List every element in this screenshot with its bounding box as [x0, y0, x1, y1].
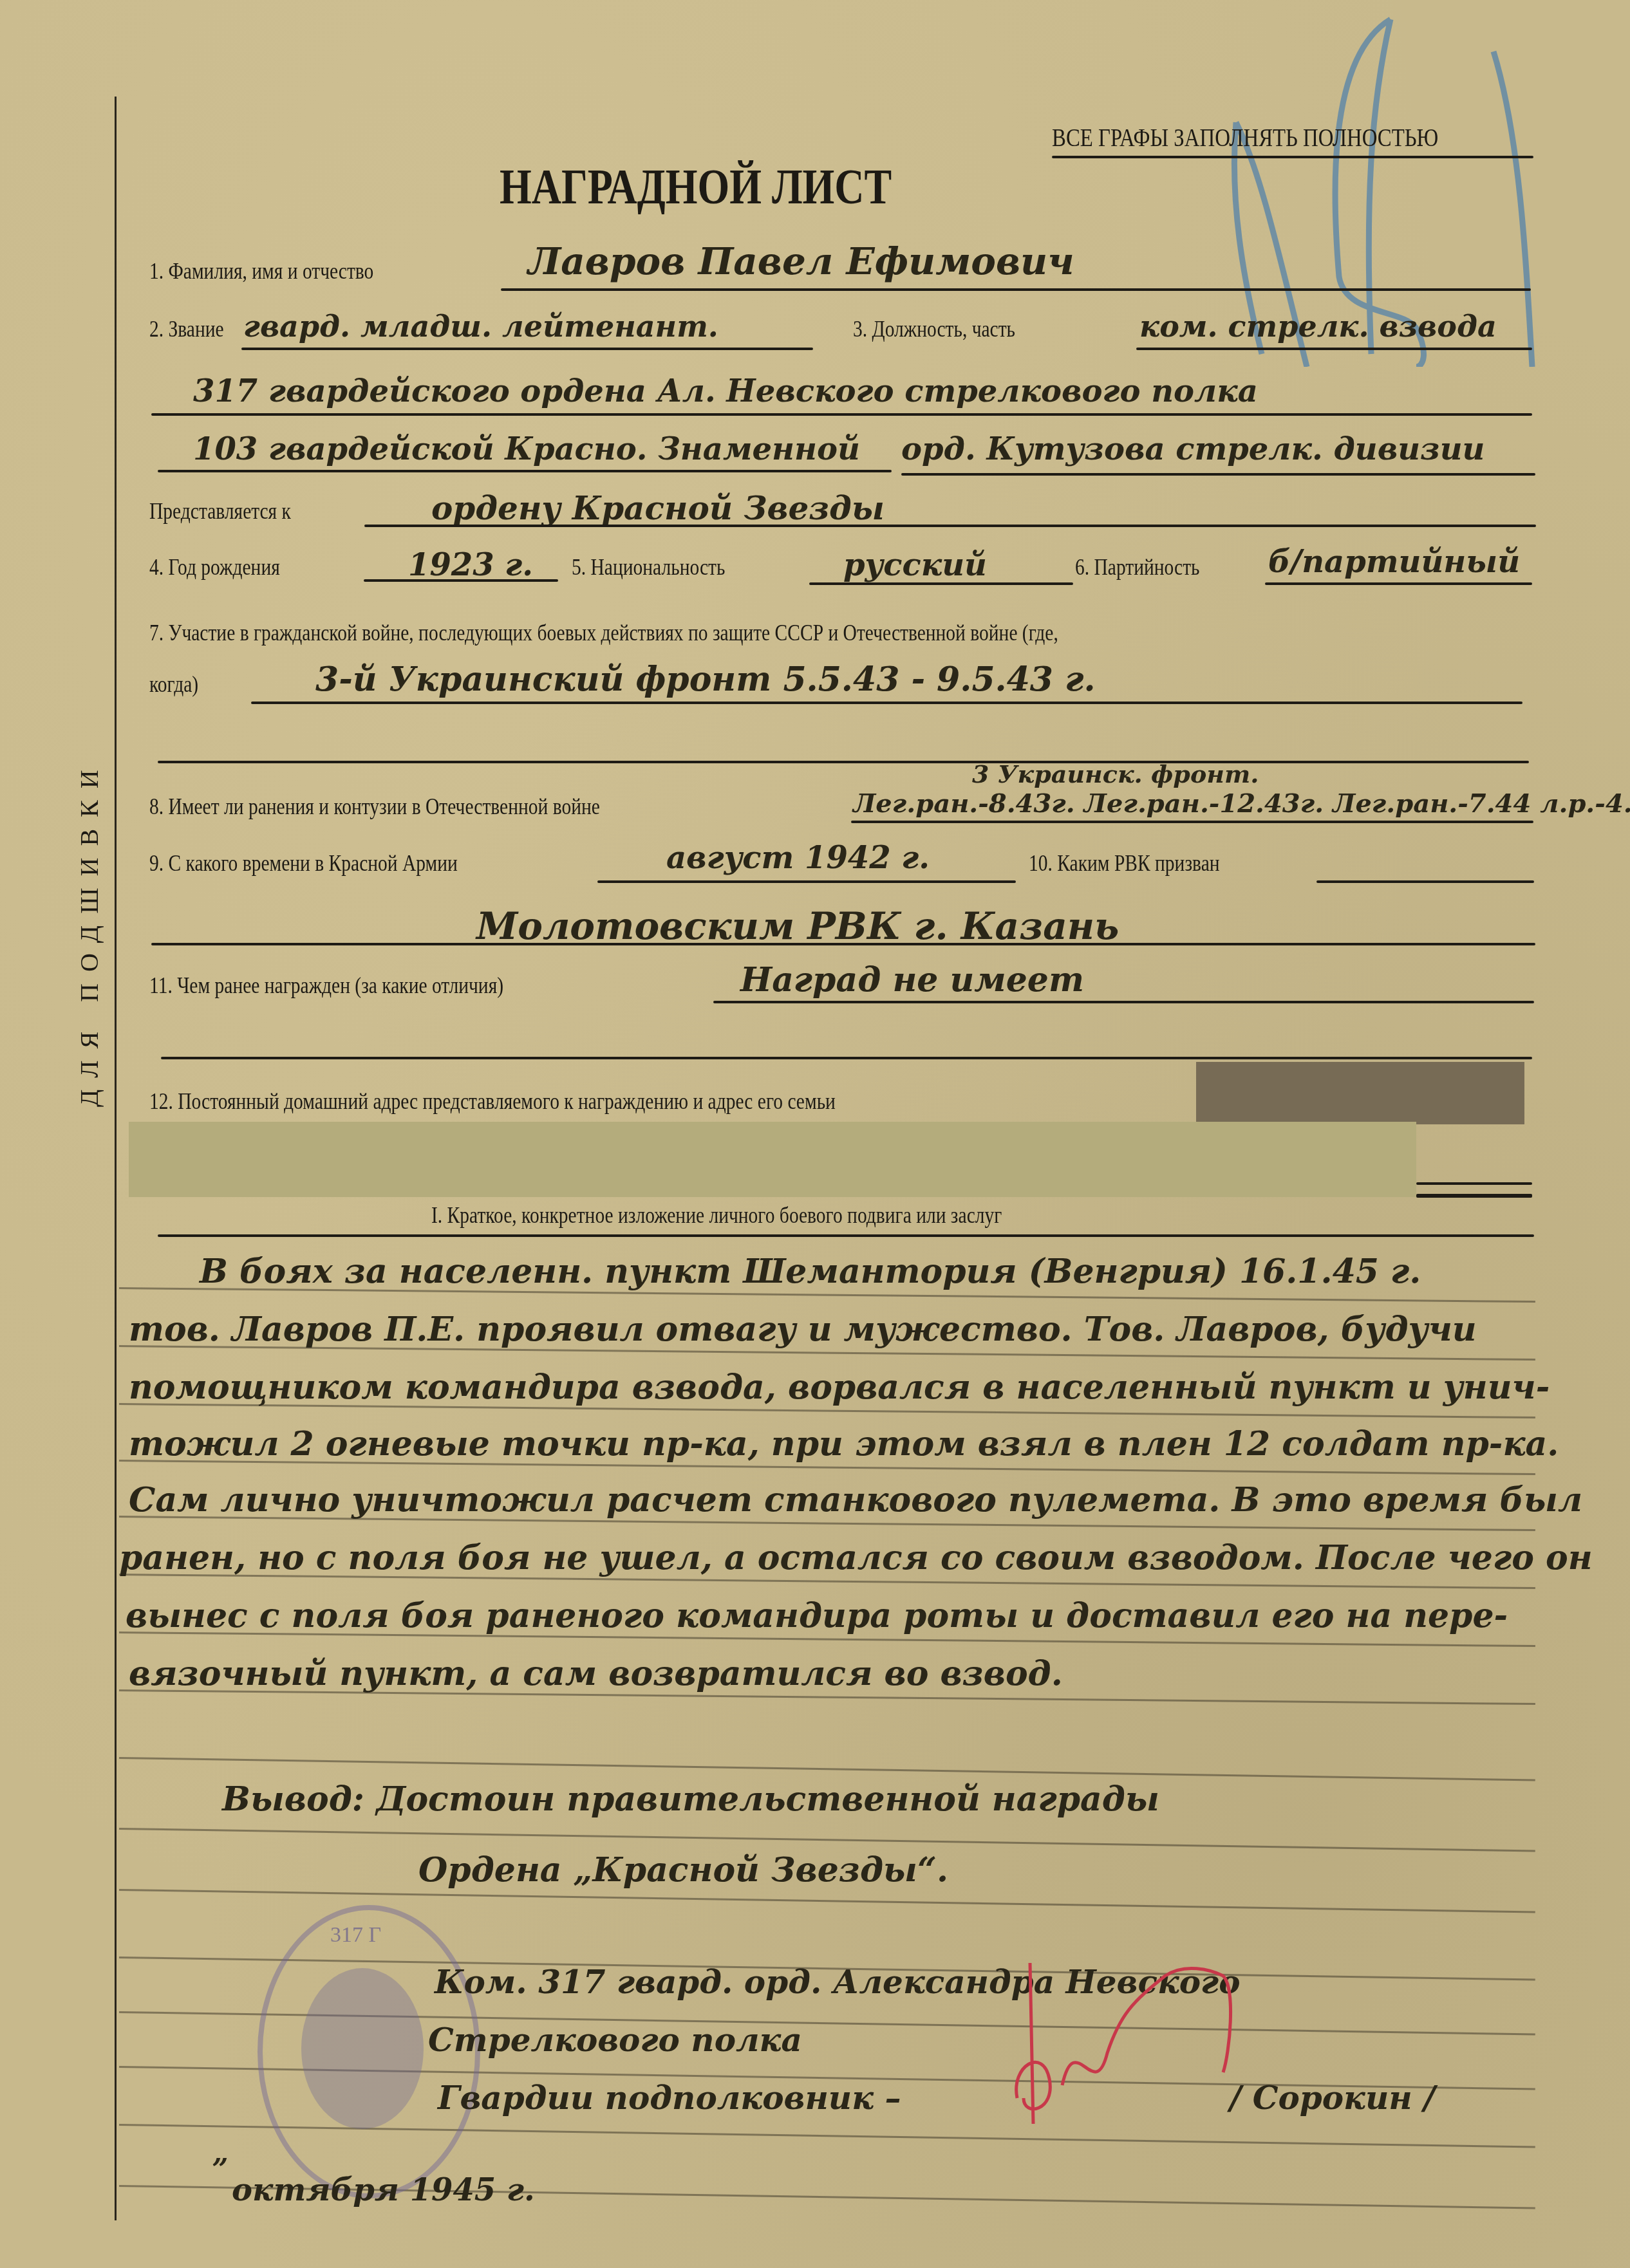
conclusion-line-1: Вывод: Достоин правительственной награды	[222, 1780, 1159, 1819]
underline-f7-line2	[158, 761, 1529, 763]
field-value-rvk: Молотовским РВК г. Казань	[476, 904, 1119, 948]
field-value-wounds: Лег.ран.-8.43г. Лег.ран.-12.43г. Лег.ран…	[853, 788, 1630, 819]
instruction-text: ВСЕ ГРАФЫ ЗАПОЛНЯТЬ ПОЛНОСТЬЮ	[1052, 122, 1438, 153]
field-value-unit-line3b: орд. Кутузова стрелк. дивизии	[901, 431, 1485, 467]
field-label-wounds: 8. Имеет ли ранения и контузии в Отечест…	[149, 793, 600, 820]
field-value-nominated: ордену Красной Звезды	[431, 489, 885, 527]
field-label-birth-year: 4. Год рождения	[149, 553, 280, 581]
field-value-party: б/партийный	[1268, 544, 1520, 580]
underline-f10	[1316, 880, 1534, 883]
field-label-participation: 7. Участие в гражданской войне, последую…	[149, 619, 1058, 646]
redacted-address-part1	[1196, 1062, 1524, 1124]
field-label-participation-cont: когда)	[149, 671, 198, 698]
field-label-name: 1. Фамилия, имя и отчество	[149, 257, 373, 284]
instruction-underline	[1052, 156, 1533, 158]
field-value-nationality: русский	[843, 547, 987, 583]
underline-f3-line2	[151, 413, 1532, 416]
narrative-line: В боях за населенн. пункт Шемантория (Ве…	[200, 1252, 1421, 1291]
field-label-rvk: 10. Каким РВК призван	[1029, 850, 1220, 877]
underline-f11	[713, 1001, 1534, 1003]
field-value-birth-year: 1923 г.	[408, 547, 533, 583]
field-value-prior-awards: Наград не имеет	[740, 960, 1084, 999]
underline-nominated	[364, 525, 1536, 527]
document-title: НАГРАДНОЙ ЛИСТ	[500, 158, 892, 216]
underline-f2	[241, 348, 813, 350]
underline-f8	[851, 821, 1533, 823]
underline-f6	[1265, 582, 1532, 585]
field-value-position: ком. стрелк. взвода	[1139, 309, 1497, 344]
field-value-army-since: август 1942 г.	[666, 840, 930, 876]
date-quote: „	[212, 2137, 229, 2170]
field-label-nominated: Представляется к	[149, 497, 291, 525]
document-date: октября 1945 г.	[232, 2172, 535, 2208]
field-value-name: Лавров Павел Ефимович	[528, 239, 1074, 283]
underline-f12-double	[1416, 1194, 1532, 1198]
underline-f3	[1136, 348, 1532, 350]
narrative-line: вязочный пункт, а сам возвратился во взв…	[129, 1654, 1063, 1693]
conclusion-line-2: Ордена „Красной Звезды“.	[418, 1850, 948, 1890]
binding-margin-label: ДЛЯ ПОДШИВКИ	[74, 747, 119, 1107]
redacted-address-part2	[129, 1122, 1416, 1197]
stamp-emblem	[301, 1968, 424, 2129]
narrative-line: Сам лично уничтожил расчет станкового пу…	[129, 1480, 1582, 1520]
narrative-line: тов. Лавров П.Е. проявил отвагу и мужест…	[129, 1310, 1477, 1349]
field-value-rank: гвард. младш. лейтенант.	[243, 309, 718, 344]
field-label-address: 12. Постоянный домашний адрес представля…	[149, 1088, 836, 1115]
underline-f1	[501, 288, 1531, 291]
signatory-title-line2: Стрелкового полка	[428, 2021, 802, 2059]
signatory-title-line3: Гвардии подполковник –	[438, 2079, 901, 2117]
section-heading-rule	[158, 1234, 1534, 1237]
underline-f4	[364, 579, 558, 582]
underline-f5	[809, 582, 1073, 585]
underline-f12	[1416, 1182, 1532, 1185]
underline-f7	[251, 702, 1522, 704]
underline-f9	[597, 880, 1016, 883]
narrative-line: помощником командира взвода, ворвался в …	[129, 1368, 1550, 1407]
margin-line	[115, 97, 117, 2220]
field-label-position: 3. Должность, часть	[853, 315, 1015, 342]
narrative-line: вынес с поля боя раненого командира роты…	[126, 1596, 1508, 1635]
section-heading: I. Краткое, конкретное изложение личного…	[431, 1202, 1002, 1229]
field-value-unit-line3a: 103 гвардейской Красно. Знаменной	[193, 431, 860, 467]
underline-f3-line3b	[901, 473, 1535, 476]
signatory-name: / Сорокин /	[1230, 2079, 1435, 2117]
field-value-participation: 3-й Украинский фронт 5.5.43 - 9.5.43 г.	[315, 660, 1096, 699]
underline-f10-line2	[151, 943, 1535, 945]
narrative-line: ранен, но с поля боя не ушел, а остался …	[119, 1538, 1593, 1577]
field-label-army-since: 9. С какого времени в Красной Армии	[149, 850, 458, 877]
underline-f3-line3a	[158, 470, 892, 472]
field-label-prior-awards: 11. Чем ранее награжден (за какие отличи…	[149, 972, 503, 999]
field-label-nationality: 5. Национальность	[572, 553, 725, 581]
field-label-party: 6. Партийность	[1075, 553, 1200, 581]
underline-f11-line2	[161, 1057, 1532, 1059]
field-value-unit-line2: 317 гвардейского ордена Ал. Невского стр…	[193, 373, 1258, 409]
field-label-rank: 2. Звание	[149, 315, 224, 342]
field-note-front: 3 Украинск. фронт.	[972, 759, 1259, 788]
narrative-line: тожил 2 огневые точки пр-ка, при этом вз…	[129, 1424, 1559, 1464]
